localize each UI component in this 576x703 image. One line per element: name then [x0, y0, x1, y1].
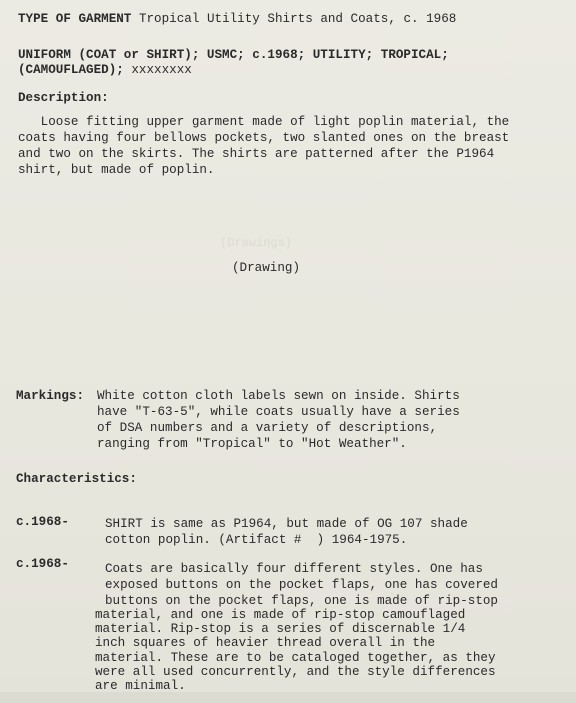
characteristic-line: SHIRT is same as P1964, but made of OG 1… — [105, 517, 468, 531]
description-heading: Description: — [18, 91, 109, 105]
characteristic-date: c.1968- — [16, 557, 69, 571]
description-line: shirt, but made of poplin. — [18, 163, 215, 177]
characteristic-line: exposed buttons on the pocket flaps, one… — [105, 578, 498, 592]
characteristic-line: material. These are to be cataloged toge… — [95, 651, 496, 665]
characteristic-line: Coats are basically four different style… — [105, 562, 483, 576]
classification-camouflaged: (CAMOUFLAGED); — [18, 63, 124, 77]
characteristic-line: buttons on the pocket flaps, one is made… — [105, 594, 498, 608]
bleed-through-text: (Drawings) — [220, 236, 292, 250]
characteristic-line: material, and one is made of rip-stop ca… — [95, 608, 465, 622]
characteristic-line: inch squares of heavier thread overall i… — [95, 636, 435, 650]
markings-label: Markings: — [16, 389, 84, 403]
characteristic-date: c.1968- — [16, 515, 69, 529]
markings-line: of DSA numbers and a variety of descript… — [97, 421, 437, 435]
drawing-placeholder: (Drawing) — [232, 261, 300, 275]
characteristics-heading: Characteristics: — [16, 472, 137, 486]
classification-placeholder: xxxxxxxx — [124, 63, 192, 77]
garment-type-label: TYPE OF GARMENT — [18, 12, 131, 26]
document-page: (Drawings) TYPE OF GARMENT Tropical Util… — [0, 0, 576, 703]
page-edge — [0, 692, 576, 703]
description-line: coats having four bellows pockets, two s… — [18, 131, 509, 145]
characteristic-line: are minimal. — [95, 679, 186, 693]
markings-line: White cotton cloth labels sewn on inside… — [97, 389, 460, 403]
garment-type-line: TYPE OF GARMENT Tropical Utility Shirts … — [18, 12, 456, 26]
garment-type-value: Tropical Utility Shirts and Coats, c. 19… — [139, 12, 456, 26]
markings-line: have "T-63-5", while coats usually have … — [97, 405, 460, 419]
description-line: and two on the skirts. The shirts are pa… — [18, 147, 494, 161]
characteristic-line: were all used concurrently, and the styl… — [95, 665, 496, 679]
classification-line-2: (CAMOUFLAGED); xxxxxxxx — [18, 63, 192, 77]
description-line: Loose fitting upper garment made of ligh… — [18, 115, 509, 129]
characteristic-line: material. Rip-stop is a series of discer… — [95, 622, 465, 636]
characteristic-line: cotton poplin. (Artifact # ) 1964-1975. — [105, 533, 407, 547]
markings-line: ranging from "Tropical" to "Hot Weather"… — [97, 437, 407, 451]
classification-line-1: UNIFORM (COAT or SHIRT); USMC; c.1968; U… — [18, 48, 449, 62]
